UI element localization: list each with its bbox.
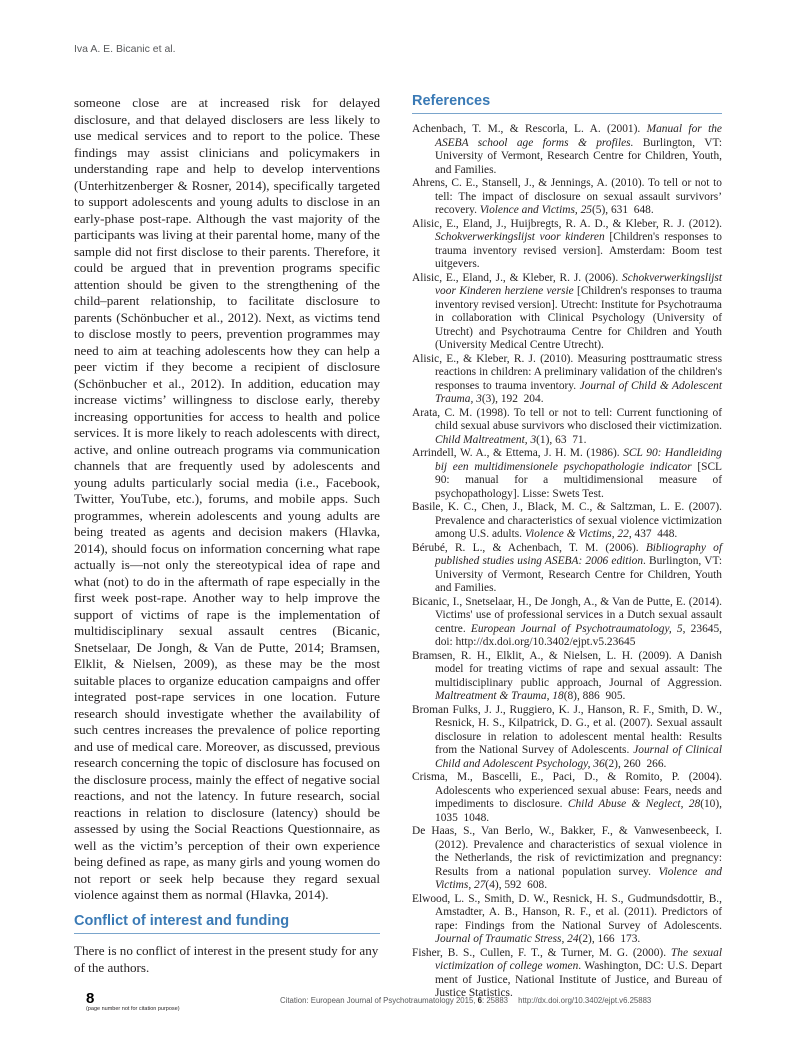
reference-item: Basile, K. C., Chen, J., Black, M. C., &… <box>412 501 722 542</box>
discussion-paragraph: someone close are at increased risk for … <box>74 95 380 904</box>
reference-item: Bérubé, R. L., & Achenbach, T. M. (2006)… <box>412 542 722 596</box>
footer-citation: Citation: European Journal of Psychotrau… <box>280 996 651 1005</box>
running-head: Iva A. E. Bicanic et al. <box>74 43 176 55</box>
reference-item: Bramsen, R. H., Elklit, A., & Nielsen, L… <box>412 650 722 704</box>
reference-item: De Haas, S., Van Berlo, W., Bakker, F., … <box>412 825 722 893</box>
page-number-block: 8 (page number not for citation purpose) <box>86 992 180 1012</box>
reference-item: Crisma, M., Bascelli, E., Paci, D., & Ro… <box>412 771 722 825</box>
reference-item: Fisher, B. S., Cullen, F. T., & Turner, … <box>412 947 722 1001</box>
page-number: 8 <box>86 992 180 1006</box>
reference-item: Arata, C. M. (1998). To tell or not to t… <box>412 407 722 448</box>
reference-item: Alisic, E., & Kleber, R. J. (2010). Meas… <box>412 353 722 407</box>
reference-item: Elwood, L. S., Smith, D. W., Resnick, H.… <box>412 893 722 947</box>
reference-item: Achenbach, T. M., & Rescorla, L. A. (200… <box>412 123 722 177</box>
body-column: someone close are at increased risk for … <box>74 95 380 904</box>
reference-item: Alisic, E., Eland, J., Huijbregts, R. A.… <box>412 218 722 272</box>
doi-link[interactable]: http://dx.doi.org/10.3402/ejpt.v6.25883 <box>518 996 651 1005</box>
conflict-heading: Conflict of interest and funding <box>74 913 380 934</box>
reference-item: Alisic, E., Eland, J., & Kleber, R. J. (… <box>412 272 722 353</box>
reference-item: Broman Fulks, J. J., Ruggiero, K. J., Ha… <box>412 704 722 772</box>
reference-item: Arrindell, W. A., & Ettema, J. H. M. (19… <box>412 447 722 501</box>
reference-list: Achenbach, T. M., & Rescorla, L. A. (200… <box>412 123 722 1001</box>
references-section: References Achenbach, T. M., & Rescorla,… <box>412 93 722 1001</box>
references-heading: References <box>412 93 722 114</box>
reference-item: Ahrens, C. E., Stansell, J., & Jennings,… <box>412 177 722 218</box>
conflict-section: Conflict of interest and funding There i… <box>74 913 380 976</box>
page-number-note: (page number not for citation purpose) <box>86 1006 180 1012</box>
reference-item: Bicanic, I., Snetselaar, H., De Jongh, A… <box>412 596 722 650</box>
conflict-text: There is no conflict of interest in the … <box>74 943 380 976</box>
